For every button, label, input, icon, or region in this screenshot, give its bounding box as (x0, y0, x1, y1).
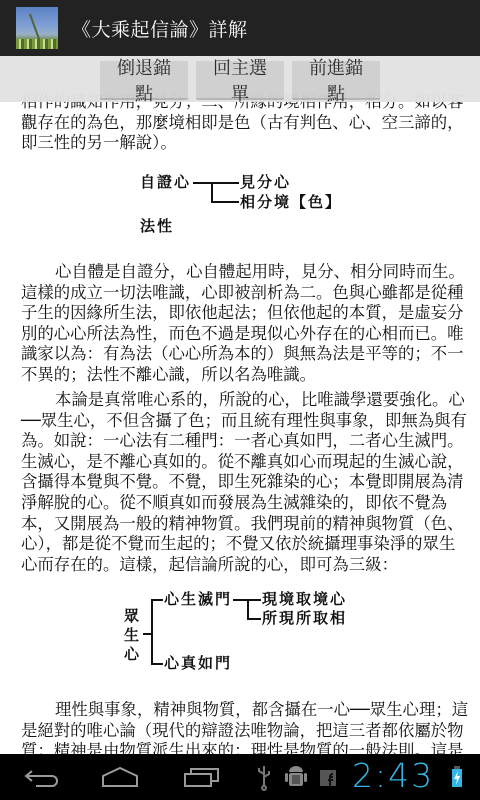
text-line: 心自體是自證分，心自體起用時，見分、相分同時而生。 (21, 262, 463, 283)
text-line: 是絕對的唯心論（現代的辯證法唯物論，把這三者都依屬於物 (21, 721, 463, 742)
diagram-bottom: 法性 (140, 216, 174, 237)
android-debug-icon (284, 762, 308, 792)
text-line: 本論是真常唯心系的，所說的心，比唯識學還要強化。心 (21, 390, 463, 411)
diagram-self-witness-mind: 自證心 見分心 相分境【色】 法性 (0, 88, 480, 258)
connector-line (151, 663, 163, 665)
text-line: 別的心心所法為性，而色不過是現似心外存在的心相而已。唯 (21, 324, 463, 345)
home-icon[interactable] (100, 762, 140, 792)
diagram-gate: 心生滅門 (164, 589, 232, 610)
connector-line (247, 618, 261, 620)
diagram-root-char: 眾 (124, 606, 141, 627)
diagram-sub: 所現所取相 (262, 608, 347, 629)
system-nav-bar: 2:43 (0, 754, 480, 800)
text-line: 本，又開展為一般的精神物質。我們現前的精神與物質（色、 (21, 514, 463, 535)
text-line: 生滅心，是不離心真如的。從不離真如心而現起的生滅心說， (21, 452, 463, 473)
connector-line (193, 182, 239, 184)
back-anchor-button[interactable]: 倒退錨點 (100, 61, 188, 100)
text-line: 淨解脫的心。從不順真如而發展為生滅雜染的，即依不覺為 (21, 493, 463, 514)
diagram-branch: 相分境【色】 (240, 192, 342, 213)
usb-icon (256, 762, 272, 792)
text-line: 含攝得本覺與不覺。不覺，即生死雜染的心；本覺即開展為清 (21, 472, 463, 493)
text-line: 這樣的成立一切法唯識，心即被剖析為二。色與心雖都是從種 (21, 283, 463, 304)
back-icon[interactable] (22, 762, 62, 792)
diagram-three-levels-of-mind: 眾 生 心 心生滅門 心真如門 現境取境心 所現所取相 (0, 578, 480, 678)
connector-line (151, 599, 153, 664)
text-line: 心），都是從不覺而生起的；不覺又依於統攝理事染淨的眾生 (21, 534, 463, 555)
battery-charging-icon (450, 762, 464, 792)
recent-apps-icon[interactable] (182, 762, 222, 792)
article-content[interactable]: 相作的識知作用，見分；二、所緣的境相作用，相分。如以客 觀存在的為色，那麼境相即… (0, 88, 480, 754)
diagram-root-char: 心 (124, 644, 141, 665)
text-line: 為。如說：一心法有二種門：一者心真如門，二者心生滅門。 (21, 431, 463, 452)
connector-line (151, 599, 163, 601)
connector-line (211, 201, 239, 203)
paragraph-1: 心自體是自證分，心自體起用時，見分、相分同時而生。 這樣的成立一切法唯識，心即被… (21, 262, 463, 386)
anchor-toolbar: 倒退錨點 回主選單 前進錨點 (0, 56, 480, 102)
diagram-sub: 現境取境心 (262, 589, 347, 610)
forward-anchor-button[interactable]: 前進錨點 (292, 61, 380, 100)
diagram-gate: 心真如門 (164, 653, 232, 674)
app-title: 《大乘起信論》詳解 (72, 15, 248, 42)
diagram-root-char: 生 (124, 625, 141, 646)
text-line: 不異的；法性不離心識，所以名為唯識。 (21, 365, 463, 386)
text-line: 質：精神是由物質派生出來的；理性是物質的一般法則。這是 (21, 741, 463, 754)
connector-line (211, 182, 213, 202)
text-line: ──眾生心，不但含攝了色；而且統有理性與事象，即無為與有 (21, 411, 463, 432)
status-clock: 2:43 (352, 756, 434, 795)
diagram-root: 自證心 (140, 172, 191, 193)
text-line: 心而存在的。這樣，起信論所說的心，即可為三級： (21, 555, 463, 576)
paragraph-2: 本論是真常唯心系的，所說的心，比唯識學還要強化。心 ──眾生心，不但含攝了色；而… (21, 390, 463, 575)
text-line: 識家以為：有為法（心心所為本的）與無為法是平等的；不一 (21, 344, 463, 365)
paragraph-3: 理性與事象，精神與物質，都含攝在一心──眾生心理；這 是絕對的唯心論（現代的辯證… (21, 700, 463, 754)
main-menu-button[interactable]: 回主選單 (196, 61, 284, 100)
text-line: 理性與事象，精神與物質，都含攝在一心──眾生心理；這 (21, 700, 463, 721)
text-line: 子生的因緣所生法，即依他起法；但依他起的本質，是虛妄分 (21, 303, 463, 324)
connector-line (247, 599, 249, 619)
diagram-branch: 見分心 (240, 172, 291, 193)
app-photo-icon[interactable] (16, 7, 58, 49)
facebook-icon (318, 762, 338, 792)
action-bar: 《大乘起信論》詳解 (0, 0, 480, 56)
